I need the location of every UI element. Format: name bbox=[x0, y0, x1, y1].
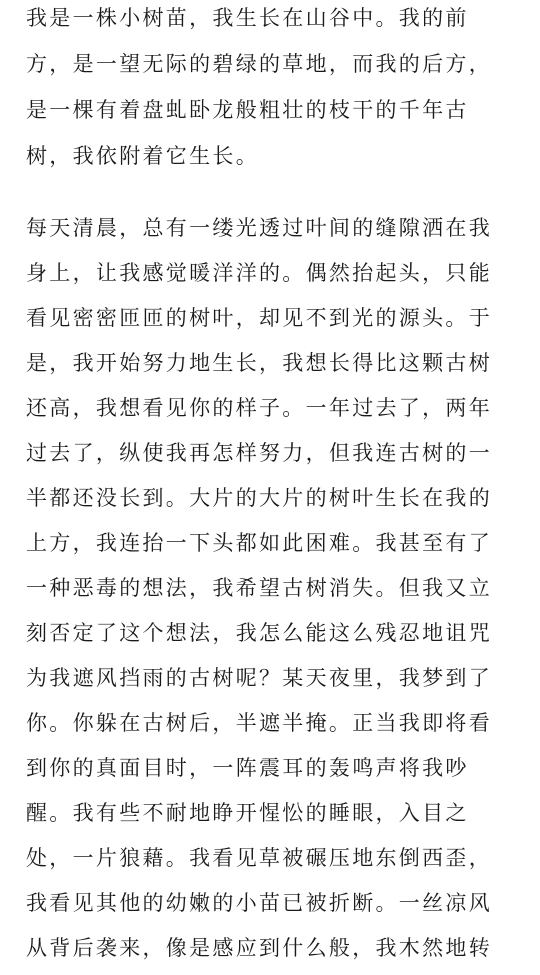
text-line: 过去了，纵使我再怎样努力，但我连古树的一 bbox=[26, 431, 492, 476]
text-line: 刻否定了这个想法，我怎么能这么残忍地诅咒 bbox=[26, 611, 492, 656]
text-line: 身上，让我感觉暖洋洋的。偶然抬起头，只能 bbox=[26, 251, 492, 296]
text-line: 你。你躲在古树后，半遮半掩。正当我即将看 bbox=[26, 701, 492, 746]
text-line: 半都还没长到。大片的大片的树叶生长在我的 bbox=[26, 476, 492, 521]
text-line: 醒。我有些不耐地睁开惺忪的睡眼，入目之 bbox=[26, 791, 469, 836]
text-line: 还高，我想看见你的样子。一年过去了，两年 bbox=[26, 386, 492, 431]
text-line: 一种恶毒的想法，我希望古树消失。但我又立 bbox=[26, 566, 492, 611]
text-line: 为我遮风挡雨的古树呢？某天夜里，我梦到了 bbox=[26, 656, 492, 701]
text-line: 看见密密匝匝的树叶，却见不到光的源头。于 bbox=[26, 296, 492, 341]
text-line: 我是一株小树苗，我生长在山谷中。我的前 bbox=[26, 0, 469, 41]
text-line: 是一棵有着盘虬卧龙般粗壮的枝干的千年古 bbox=[26, 88, 469, 133]
text-line: 每天清晨，总有一缕光透过叶间的缝隙洒在我 bbox=[26, 206, 492, 251]
text-line: 到你的真面目时，一阵震耳的轰鸣声将我吵 bbox=[26, 746, 469, 791]
text-line: 我看见其他的幼嫩的小苗已被折断。一丝凉风 bbox=[26, 881, 492, 926]
text-line: 处，一片狼藉。我看见草被碾压地东倒西歪， bbox=[26, 836, 492, 881]
text-line: 方，是一望无际的碧绿的草地，而我的后方， bbox=[26, 42, 492, 87]
text-line: 是，我开始努力地生长，我想长得比这颗古树 bbox=[26, 341, 492, 386]
text-line: 上方，我连抬一下头都如此困难。我甚至有了 bbox=[26, 521, 492, 566]
text-line: 从背后袭来，像是感应到什么般，我木然地转 bbox=[26, 926, 492, 971]
text-line: 树，我依附着它生长。 bbox=[26, 134, 259, 179]
